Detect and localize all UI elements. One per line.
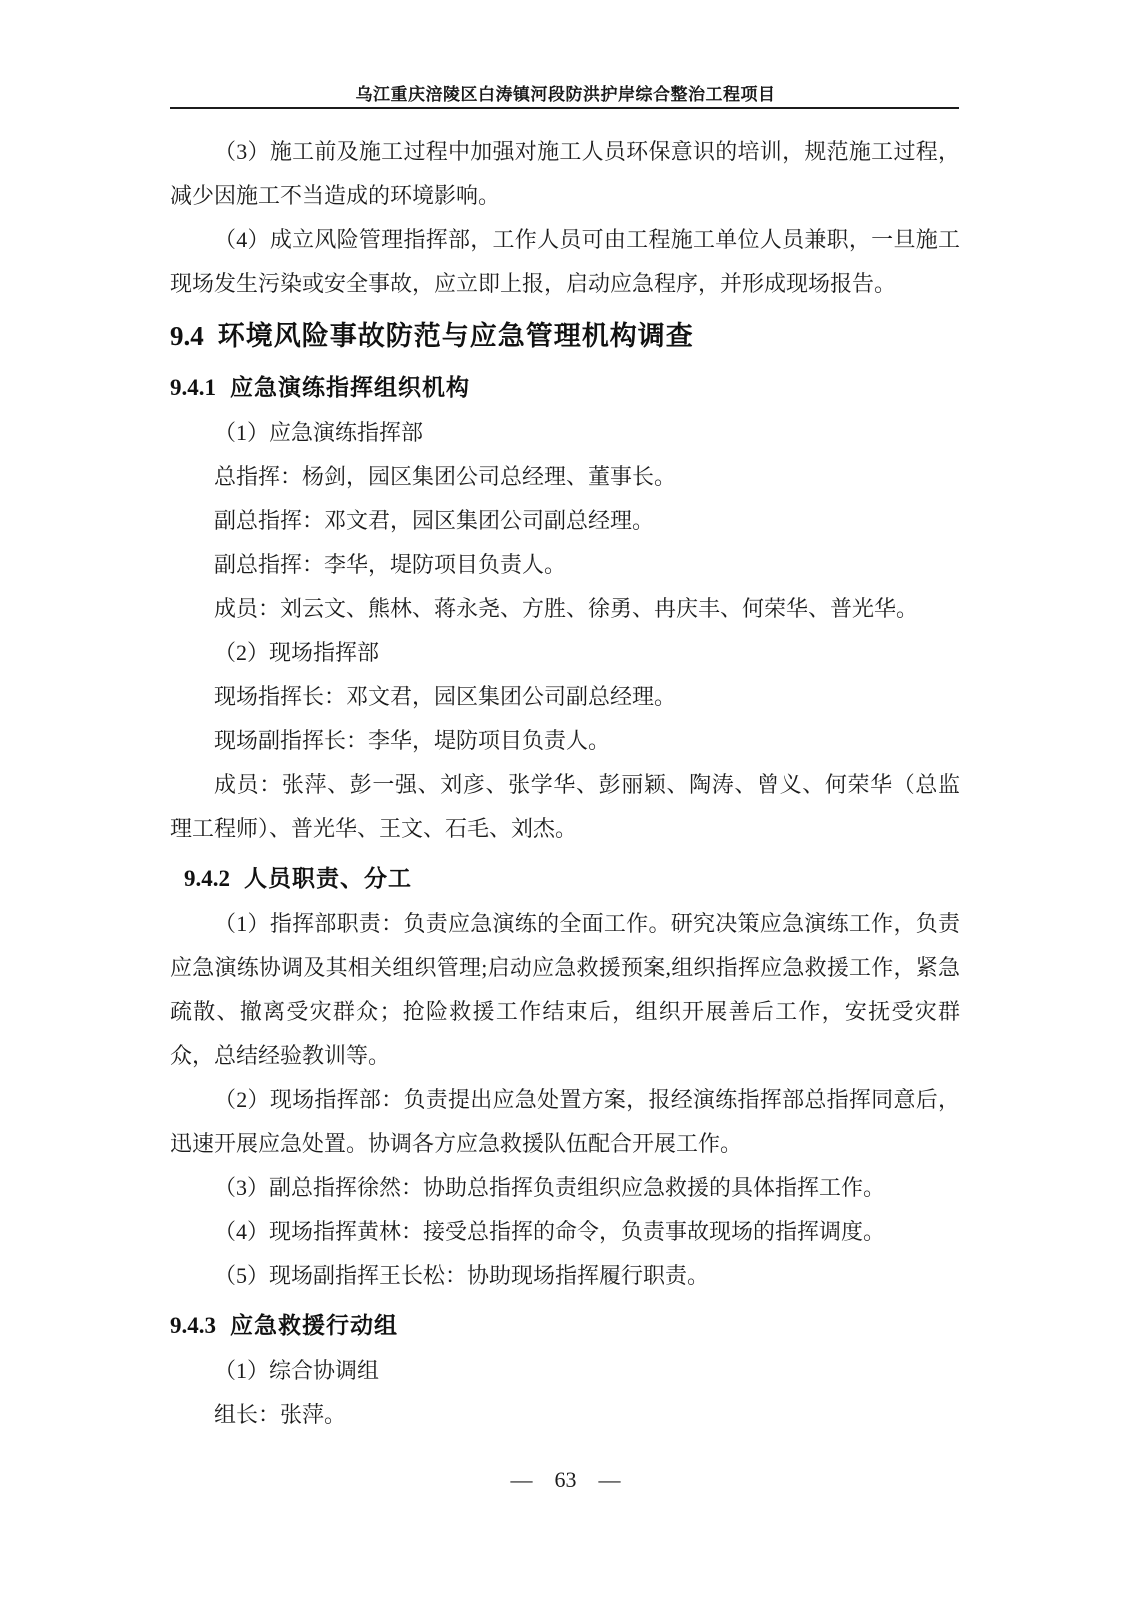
paragraph-site-deputy-commander: 现场副指挥长：李华，堤防项目负责人。 (170, 719, 960, 763)
section-number: 9.4 (170, 321, 204, 351)
paragraph-group-leader: 组长：张萍。 (170, 1393, 960, 1437)
paragraph-chief-commander: 总指挥：杨剑，园区集团公司总经理、董事长。 (170, 455, 960, 499)
header-divider (170, 107, 959, 109)
paragraph-deputy-commander-1: 副总指挥：邓文君，园区集团公司副总经理。 (170, 499, 960, 543)
subsection-title: 应急演练指挥组织机构 (230, 374, 470, 400)
subsection-title: 应急救援行动组 (230, 1312, 398, 1338)
subsection-title: 人员职责、分工 (244, 865, 412, 891)
footer-left-dash: — (511, 1467, 533, 1492)
paragraph-members-1: 成员：刘云文、熊林、蒋永尧、方胜、徐勇、冉庆丰、何荣华、普光华。 (170, 587, 960, 631)
page-number: 63 (555, 1467, 577, 1492)
paragraph-site-commander: 现场指挥长：邓文君，园区集团公司副总经理。 (170, 675, 960, 719)
document-page: 乌江重庆涪陵区白涛镇河段防洪护岸综合整治工程项目 （3）施工前及施工过程中加强对… (0, 0, 1131, 1600)
paragraph-duty-1: （1）指挥部职责：负责应急演练的全面工作。研究决策应急演练工作，负责应急演练协调… (170, 902, 960, 1078)
paragraph-members-2: 成员：张萍、彭一强、刘彦、张学华、彭丽颖、陶涛、曾义、何荣华（总监理工程师）、普… (170, 763, 960, 851)
footer-right-dash: — (599, 1467, 621, 1492)
subsection-number: 9.4.1 (170, 375, 216, 400)
paragraph-command-dept: （1）应急演练指挥部 (170, 411, 960, 455)
page-header-title: 乌江重庆涪陵区白涛镇河段防洪护岸综合整治工程项目 (0, 80, 1131, 105)
subsection-number: 9.4.3 (170, 1313, 216, 1338)
paragraph-duty-2: （2）现场指挥部：负责提出应急处置方案，报经演练指挥部总指挥同意后，迅速开展应急… (170, 1078, 960, 1166)
paragraph-site-command-dept: （2）现场指挥部 (170, 631, 960, 675)
paragraph-duty-4: （4）现场指挥黄林：接受总指挥的命令，负责事故现场的指挥调度。 (170, 1210, 960, 1254)
subsection-number: 9.4.2 (184, 866, 230, 891)
paragraph-item-4: （4）成立风险管理指挥部，工作人员可由工程施工单位人员兼职，一旦施工现场发生污染… (170, 218, 960, 306)
subsection-heading-9-4-1: 9.4.1应急演练指挥组织机构 (170, 364, 960, 411)
paragraph-duty-5: （5）现场副指挥王长松：协助现场指挥履行职责。 (170, 1254, 960, 1298)
document-body: （3）施工前及施工过程中加强对施工人员环保意识的培训，规范施工过程，减少因施工不… (170, 130, 960, 1437)
section-heading-9-4: 9.4环境风险事故防范与应急管理机构调查 (170, 312, 960, 360)
paragraph-item-3: （3）施工前及施工过程中加强对施工人员环保意识的培训，规范施工过程，减少因施工不… (170, 130, 960, 218)
subsection-heading-9-4-2: 9.4.2人员职责、分工 (170, 855, 960, 902)
page-footer: —63— (0, 1458, 1131, 1502)
subsection-heading-9-4-3: 9.4.3应急救援行动组 (170, 1302, 960, 1349)
paragraph-deputy-commander-2: 副总指挥：李华，堤防项目负责人。 (170, 543, 960, 587)
paragraph-coordination-group: （1）综合协调组 (170, 1349, 960, 1393)
section-title: 环境风险事故防范与应急管理机构调查 (218, 321, 694, 351)
paragraph-duty-3: （3）副总指挥徐然：协助总指挥负责组织应急救援的具体指挥工作。 (170, 1166, 960, 1210)
